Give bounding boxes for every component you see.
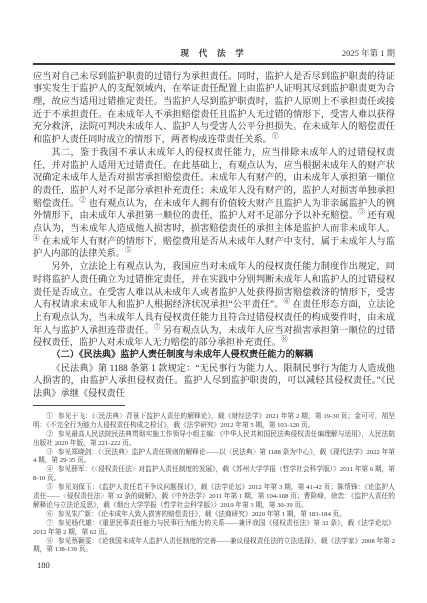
footnote-marker: ⑦ xyxy=(46,520,53,527)
footnote-5: ⑤参见刘保玉：《监护人责任若干争议问题探讨》，载《法学论坛》2012 年第 3 … xyxy=(33,484,395,511)
paragraph-4: 《民法典》第 1188 条第 1 款规定：“无民事行为能力人、限制民事行为能力人… xyxy=(33,362,395,400)
footnote-marker: ④ xyxy=(46,466,53,473)
section-heading: （二）《民法典》监护人责任制度与未成年人侵权责任能力的解耦 xyxy=(33,349,395,362)
footnote-4: ④参见薛军：《〈侵权责任法〉对监护人责任制度的发展》，载《苏州大学学报（哲学社会… xyxy=(33,466,395,484)
footnote-separator xyxy=(33,405,125,406)
footnotes: ①参见于飞：《〈民法典〉背景下监护人责任的解释论》，载《财经法学》2021 年第… xyxy=(33,413,395,556)
footnote-8: ⑧参见蔡颖雯：《论我国未成年人监护人责任制度的完善——兼议侵权责任法的立法选择》… xyxy=(33,538,395,556)
footnote-text: 参见蔡颖雯：《论我国未成年人监护人责任制度的完善——兼议侵权责任法的立法选择》，… xyxy=(33,538,395,554)
journal-title: 现 代 法 学 xyxy=(33,48,395,59)
paragraph-1: 应当对自己未尽到监护职责的过错行为承担责任。同时，监护人是否尽到监护职责的待证事… xyxy=(33,70,395,146)
footnote-text: 参见郑晓剑：《〈民法典〉监护人责任规则的解释论——以〈民法典〉第 1188 条为… xyxy=(33,449,395,465)
footnote-marker: ③ xyxy=(46,449,53,456)
article-body: 应当对自己未尽到监护职责的过错行为承担责任。同时，监护人是否尽到监护职责的待证事… xyxy=(33,70,395,400)
journal-page: 现 代 法 学 2025 年第 1 期 应当对自己未尽到监护职责的过错行为承担责… xyxy=(0,0,427,603)
footnote-7: ⑦参见杨代雄：《重思民事责任能力与民事行为能力的关系——兼评我国《侵权责任法》第… xyxy=(33,520,395,538)
footnote-text: 参见刘保玉：《监护人责任若干争议问题探讨》，载《法学论坛》2012 年第 3 期… xyxy=(33,484,395,509)
issue-label: 2025 年第 1 期 xyxy=(342,48,395,59)
footnote-marker: ② xyxy=(46,431,53,438)
footnote-2: ②参见最高人民法院民法典贯彻实施工作领导小组主编：《中华人民共和国民法典侵权责任… xyxy=(33,431,395,449)
footnote-marker: ⑥ xyxy=(46,511,53,518)
paragraph-3: 另外，立法论上有观点认为，我国应当对未成年人的侵权责任能力制度作出规定，同时将监… xyxy=(33,260,395,349)
header-rule xyxy=(33,63,395,65)
footnote-text: 参见朱广新：《论未成年人致人损害的赔偿责任》，载《法商研究》2020 年第 1 … xyxy=(58,511,346,518)
footnote-3: ③参见郑晓剑：《〈民法典〉监护人责任规则的解释论——以〈民法典〉第 1188 条… xyxy=(33,449,395,467)
footnote-marker: ⑧ xyxy=(46,538,53,545)
footnote-text: 参见于飞：《〈民法典〉背景下监护人责任的解释论》，载《财经法学》2021 年第 … xyxy=(33,413,395,429)
footnote-text: 参见杨代雄：《重思民事责任能力与民事行为能力的关系——兼评我国《侵权责任法》第 … xyxy=(33,520,395,536)
footnote-text: 参见最高人民法院民法典贯彻实施工作领导小组主编：《中华人民共和国民法典侵权责任编… xyxy=(33,431,395,447)
page-header: 现 代 法 学 2025 年第 1 期 xyxy=(33,48,395,59)
paragraph-2: 其二，鉴于我国不承认未成年人的侵权责任能力，应当排除未成年人的过错侵权责任，并对… xyxy=(33,146,395,260)
footnote-6: ⑥参见朱广新：《论未成年人致人损害的赔偿责任》，载《法商研究》2020 年第 1… xyxy=(33,511,395,520)
footnote-1: ①参见于飞：《〈民法典〉背景下监护人责任的解释论》，载《财经法学》2021 年第… xyxy=(33,413,395,431)
footnote-marker: ⑤ xyxy=(46,484,53,491)
page-number: 180 xyxy=(33,560,395,570)
footnote-text: 参见薛军：《〈侵权责任法〉对监护人责任制度的发展》，载《苏州大学学报（哲学社会科… xyxy=(33,466,395,482)
footnote-marker: ① xyxy=(46,413,53,420)
